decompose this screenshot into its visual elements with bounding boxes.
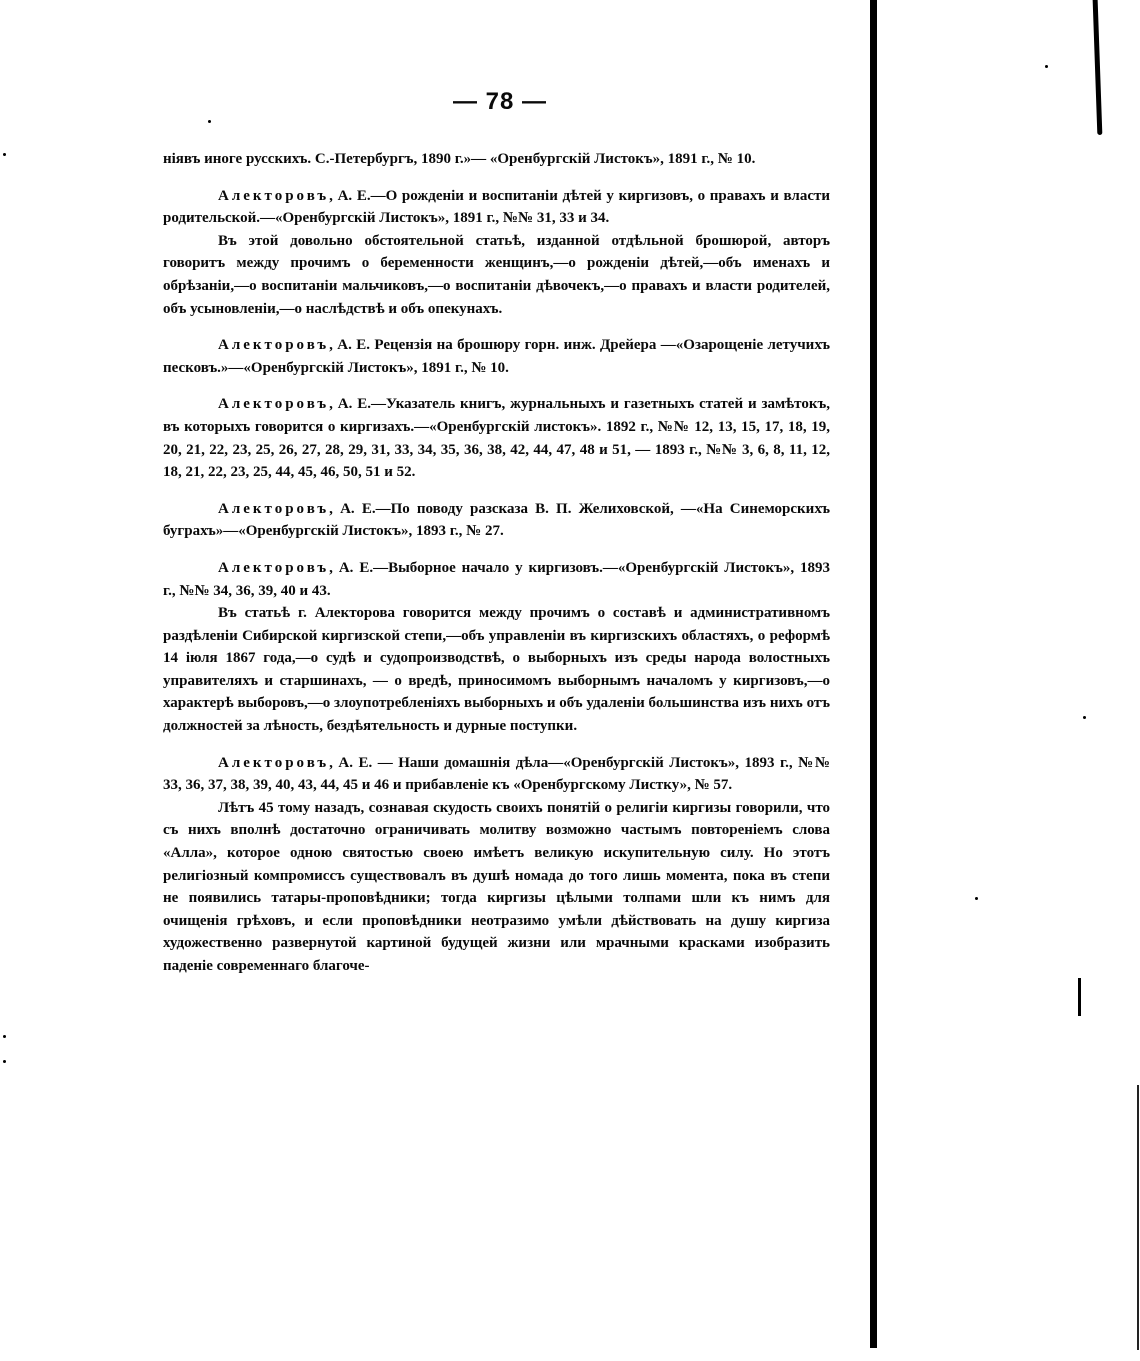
entry-citation: Алекторовъ, А. Е. — Наши домашнія дѣла—«… — [163, 752, 830, 797]
entry-continuation-text: ніявъ иноге русскихъ. С.-Петербургъ, 189… — [163, 148, 830, 171]
entry-author: Алекторовъ — [218, 501, 329, 517]
bibliography-entry: Алекторовъ, А. Е. — Наши домашнія дѣла—«… — [163, 752, 830, 978]
scan-speck — [975, 897, 978, 900]
scan-speck — [1083, 716, 1086, 719]
scan-speck — [208, 120, 211, 123]
entry-citation: Алекторовъ, А. Е.—О рожденіи и воспитані… — [163, 185, 830, 230]
scan-speck — [3, 1060, 6, 1063]
entry-citation: Алекторовъ, А. Е.—Выборное начало у кирг… — [163, 557, 830, 602]
bibliography-entry: Алекторовъ, А. Е. Рецензія на брошюру го… — [163, 334, 830, 379]
scan-speck — [1045, 65, 1048, 68]
scan-edge-line — [1137, 1085, 1139, 1350]
entry-citation: Алекторовъ, А. Е.—По поводу разсказа В. … — [163, 498, 830, 543]
entry-author: Алекторовъ — [218, 337, 329, 353]
page-number: — 78 — — [440, 88, 560, 116]
entry-citation: Алекторовъ, А. Е. Рецензія на брошюру го… — [163, 334, 830, 379]
entry-author: Алекторовъ — [218, 396, 329, 412]
text-column: ніявъ иноге русскихъ. С.-Петербургъ, 189… — [163, 148, 830, 992]
entry-citation: Алекторовъ, А. Е.—Указатель книгъ, журна… — [163, 393, 830, 483]
scan-edge-mark — [1093, 0, 1103, 135]
entry-annotation: Лѣтъ 45 тому назадъ, сознавая скудость с… — [163, 797, 830, 978]
bibliography-entry: Алекторовъ, А. Е.—Указатель книгъ, журна… — [163, 393, 830, 483]
entry-annotation: Въ этой довольно обстоятельной статьѣ, и… — [163, 230, 830, 320]
entry-author: Алекторовъ — [218, 755, 329, 771]
entry-author: Алекторовъ — [218, 188, 329, 204]
bibliography-entry: Алекторовъ, А. Е.—О рожденіи и воспитані… — [163, 185, 830, 321]
scan-speck — [3, 1035, 6, 1038]
entry-author: Алекторовъ — [218, 560, 329, 576]
page-binding-edge — [870, 0, 877, 1348]
entry-annotation: Въ статьѣ г. Алекторова говорится между … — [163, 602, 830, 738]
bibliography-entry-continued: ніявъ иноге русскихъ. С.-Петербургъ, 189… — [163, 148, 830, 171]
scan-edge-mark — [1078, 978, 1081, 1016]
scan-speck — [3, 153, 6, 156]
bibliography-entry: Алекторовъ, А. Е.—По поводу разсказа В. … — [163, 498, 830, 543]
bibliography-entry: Алекторовъ, А. Е.—Выборное начало у кирг… — [163, 557, 830, 738]
